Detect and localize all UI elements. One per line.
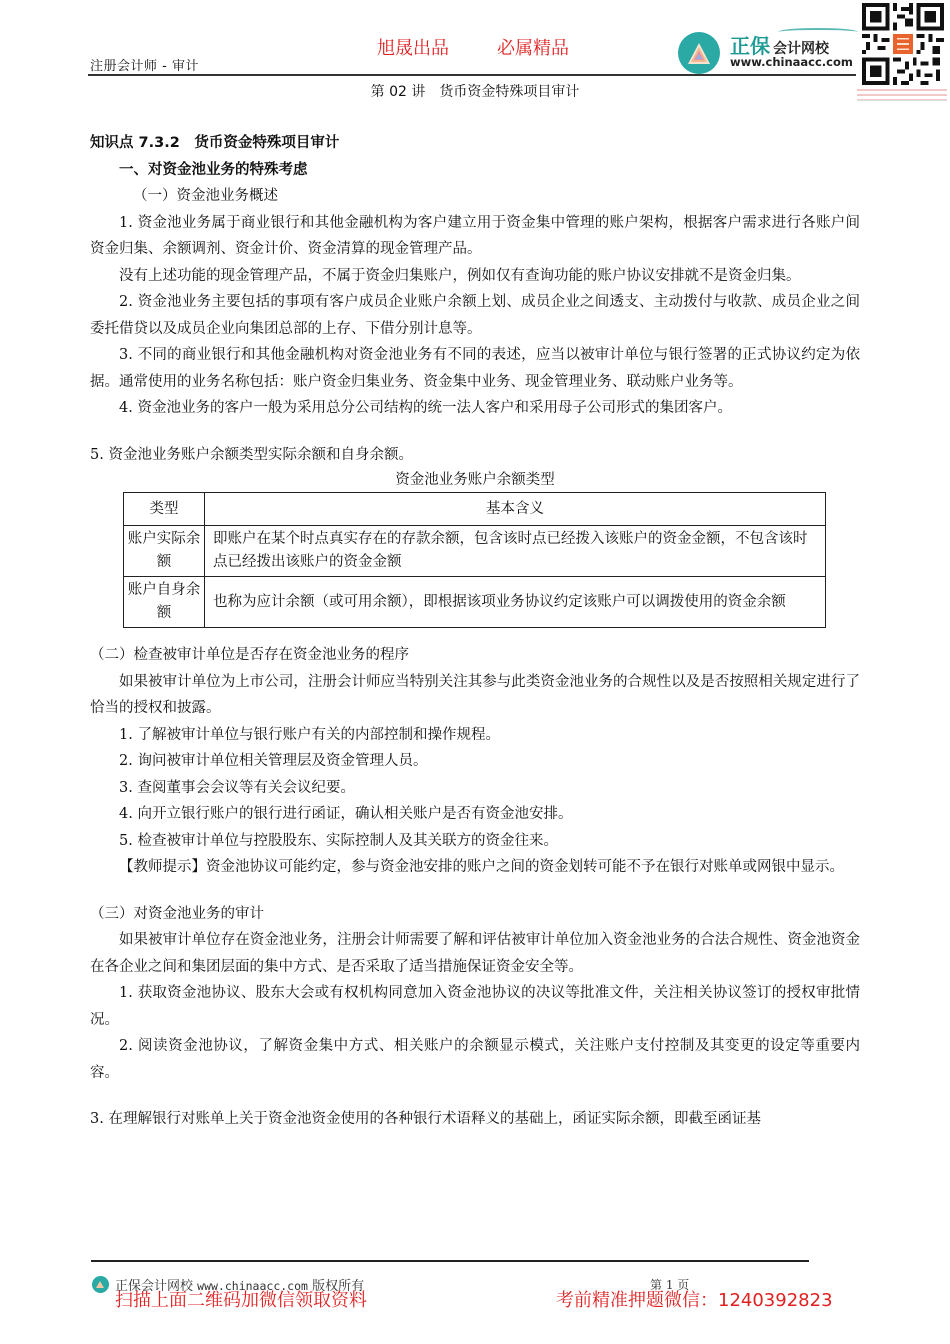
- paragraph: 3. 不同的商业银行和其他金融机构对资金池业务有不同的表述，应当以被审计单位与银…: [90, 342, 860, 395]
- subsection-3-heading: （三）对资金池业务的审计: [90, 901, 860, 928]
- paragraph: 如果被审计单位存在资金池业务，注册会计师需要了解和评估被审计单位加入资金池业务的…: [90, 927, 860, 980]
- audit-item: 2. 阅读资金池协议，了解资金集中方式、相关账户的余额显示模式，关注账户支付控制…: [90, 1033, 860, 1086]
- promo-wechat: 考前精准押题微信：1240392823: [556, 1286, 833, 1312]
- slogan-right: 必属精品: [497, 34, 569, 60]
- knowledge-point-heading: 知识点 7.3.2 货币资金特殊项目审计: [90, 130, 860, 157]
- table-cell-type: 账户自身余额: [124, 577, 205, 628]
- table-header-type: 类型: [124, 493, 205, 526]
- audit-item-3-partial: 3. 在理解银行对账单上关于资金池资金使用的各种银行术语释义的基础上，函证实际余…: [90, 1106, 860, 1133]
- table-header-row: 类型 基本含义: [124, 493, 826, 526]
- logo-url: www.chinaacc.com: [730, 55, 853, 69]
- table-cell-meaning: 即账户在某个时点真实存在的存款余额，包含该时点已经拨入该账户的资金金额，不包含该…: [205, 526, 826, 577]
- procedure-item: 3. 查阅董事会会议等有关会议纪要。: [90, 775, 860, 802]
- chinaacc-logo[interactable]: 正保会计网校 www.chinaacc.com: [678, 28, 858, 72]
- slogan-left: 旭晟出品: [377, 34, 449, 60]
- audit-item: 1. 获取资金池协议、股东大会或有权机构同意加入资金池协议的决议等批准文件，关注…: [90, 980, 860, 1033]
- paragraph: 1. 资金池业务属于商业银行和其他金融机构为客户建立用于资金集中管理的账户架构，…: [90, 210, 860, 263]
- document-body: 知识点 7.3.2 货币资金特殊项目审计 一、对资金池业务的特殊考虑 （一）资金…: [90, 130, 860, 1133]
- spacer: [90, 628, 860, 642]
- footer-logo-icon: [92, 1276, 109, 1293]
- paragraph: 没有上述功能的现金管理产品，不属于资金归集账户，例如仅有查询功能的账户协议安排就…: [90, 263, 860, 290]
- subsection-2-heading: （二）检查被审计单位是否存在资金池业务的程序: [90, 642, 860, 669]
- part-one-heading: 一、对资金池业务的特殊考虑: [90, 157, 860, 184]
- logo-emblem-icon: [678, 32, 720, 74]
- procedure-item: 2. 询问被审计单位相关管理层及资金管理人员。: [90, 748, 860, 775]
- course-title: 注册会计师 - 审计: [90, 55, 199, 74]
- spacer: [90, 1086, 860, 1106]
- table-header-meaning: 基本含义: [205, 493, 826, 526]
- paragraph: 4. 资金池业务的客户一般为采用总分公司结构的统一法人客户和采用母子公司形式的集…: [90, 395, 860, 422]
- footer-divider: [91, 1260, 809, 1262]
- item-5-paragraph: 5. 资金池业务账户余额类型实际余额和自身余额。: [90, 442, 860, 469]
- table-cell-meaning: 也称为应计余额（或可用余额），即根据该项业务协议约定该账户可以调拨使用的资金余额: [205, 577, 826, 628]
- qr-code-icon[interactable]: [862, 3, 944, 85]
- procedure-item: 4. 向开立银行账户的银行进行函证，确认相关账户是否有资金池安排。: [90, 801, 860, 828]
- header-divider: [88, 74, 856, 76]
- table-cell-type: 账户实际余额: [124, 526, 205, 577]
- promo-scan-qr: 扫描上面二维码加微信领取资料: [115, 1286, 367, 1312]
- balance-types-table: 类型 基本含义 账户实际余额 即账户在某个时点真实存在的存款余额，包含该时点已经…: [123, 492, 826, 628]
- spacer: [90, 881, 860, 901]
- procedure-item: 5. 检查被审计单位与控股股东、实际控制人及其关联方的资金往来。: [90, 828, 860, 855]
- table-caption: 资金池业务账户余额类型: [90, 468, 860, 492]
- paragraph: 2. 资金池业务主要包括的事项有客户成员企业账户余额上划、成员企业之间透支、主动…: [90, 289, 860, 342]
- lecture-title: 第 02 讲 货币资金特殊项目审计: [0, 81, 950, 101]
- spacer: [90, 422, 860, 442]
- subsection-1-heading: （一）资金池业务概述: [90, 183, 860, 210]
- table-row: 账户实际余额 即账户在某个时点真实存在的存款余额，包含该时点已经拨入该账户的资金…: [124, 526, 826, 577]
- teacher-tip: 【教师提示】资金池协议可能约定，参与资金池安排的账户之间的资金划转可能不予在银行…: [90, 854, 860, 881]
- table-row: 账户自身余额 也称为应计余额（或可用余额），即根据该项业务协议约定该账户可以调拨…: [124, 577, 826, 628]
- procedure-item: 1. 了解被审计单位与银行账户有关的内部控制和操作规程。: [90, 722, 860, 749]
- paragraph: 如果被审计单位为上市公司，注册会计师应当特别关注其参与此类资金池业务的合规性以及…: [90, 669, 860, 722]
